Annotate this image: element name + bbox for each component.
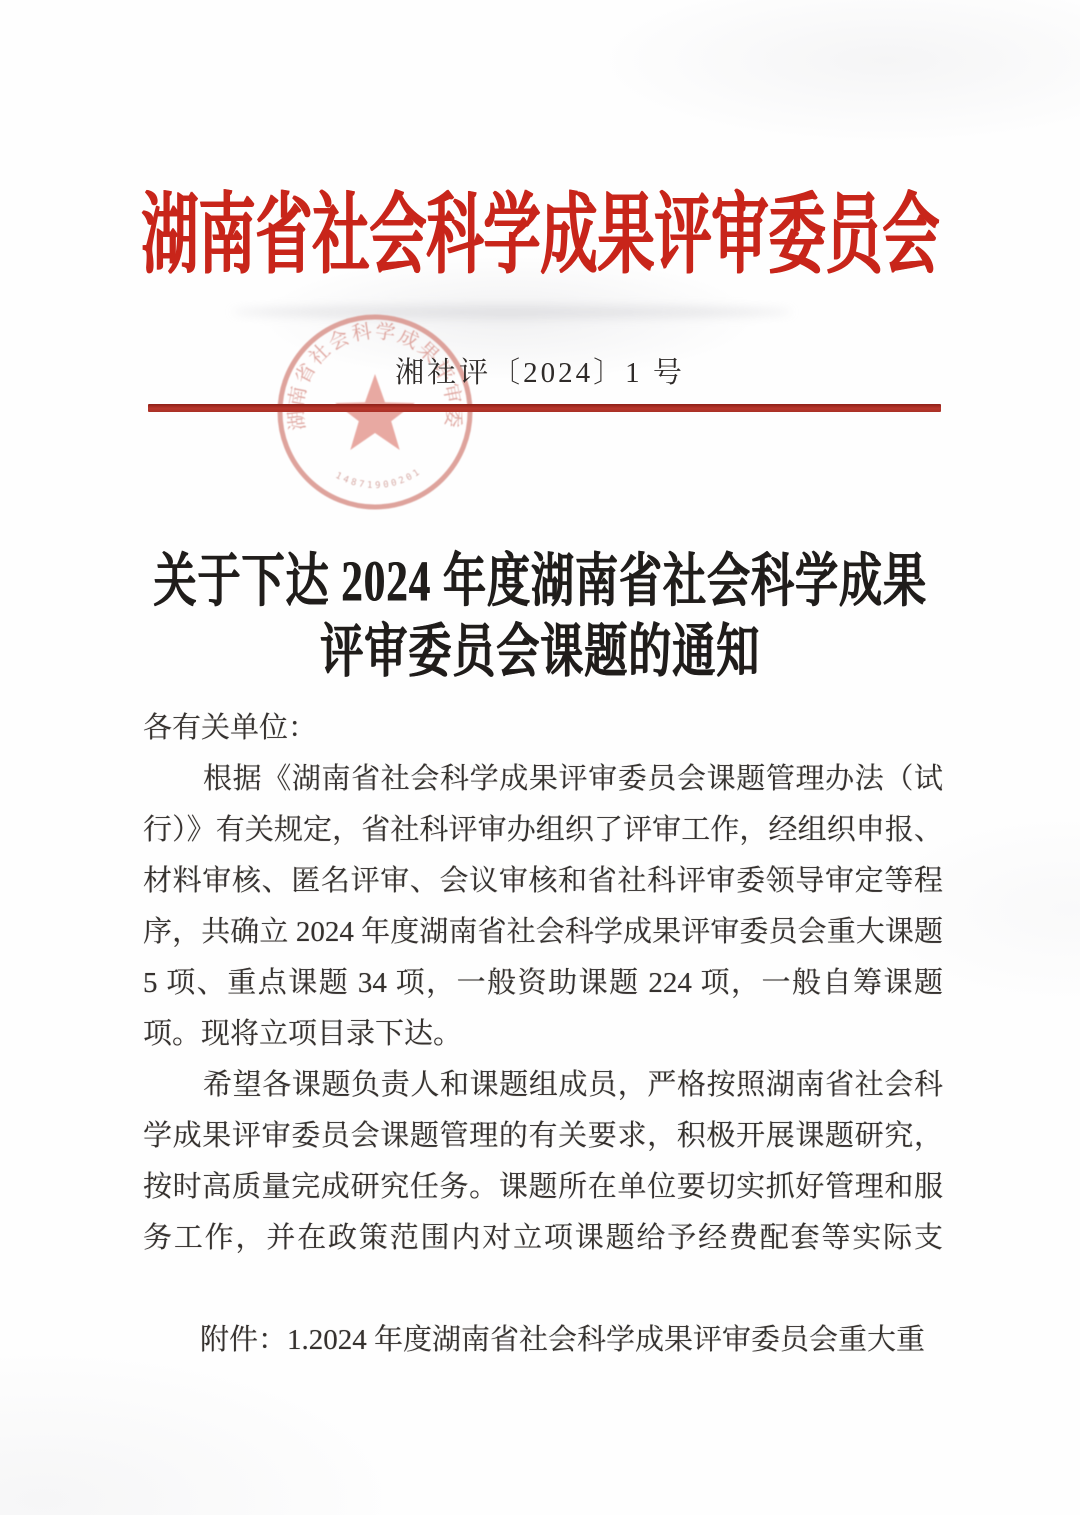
document-title-line2: 评审委员会课题的通知: [0, 618, 1080, 688]
doc-number: 湘社评〔2024〕1 号: [0, 352, 1080, 394]
seal-code-text: 1487190020151: [275, 310, 424, 491]
body-line: 务工作，并在政策范围内对立项课题给予经费配套等实际支持。: [143, 1213, 943, 1264]
body-line: 根据《湖南省社会科学成果评审委员会课题管理办法（试: [143, 754, 943, 805]
document-title-line1: 关于下达 2024 年度湖南省社会科学成果: [0, 548, 1080, 618]
seal-ring: [280, 317, 470, 507]
body-line: 行）》有关规定，省社科评审办组织了评审工作，经组织申报、: [143, 805, 943, 856]
official-seal: 湖南省社会科学成果评审委员会 1487190020151: [275, 310, 475, 520]
svg-text:1487190020151: 1487190020151: [275, 310, 424, 491]
body-line: 项。现将立项目录下达。: [143, 1009, 943, 1060]
attachment-line: 附件：1.2024 年度湖南省社会科学成果评审委员会重大重: [143, 1315, 943, 1366]
body-line: 序，共确立 2024 年度湖南省社会科学成果评审委员会重大课题: [143, 907, 943, 958]
letterhead-org-title: 湖南省社会科学成果评审委员会: [0, 192, 1080, 280]
body-line: 按时高质量完成研究任务。课题所在单位要切实抓好管理和服: [143, 1162, 943, 1213]
body-line: 希望各课题负责人和课题组成员，严格按照湖南省社会科: [143, 1060, 943, 1111]
scan-smudge: [232, 306, 792, 318]
body-line-salutation: 各有关单位：: [143, 703, 943, 754]
red-separator-line: [148, 404, 941, 412]
body-line: 5 项、重点课题 34 项，一般资助课题 224 项，一般自筹课题 608: [143, 958, 943, 1009]
document-title: 关于下达 2024 年度湖南省社会科学成果 评审委员会课题的通知: [0, 548, 1080, 688]
document-body: 各有关单位： 根据《湖南省社会科学成果评审委员会课题管理办法（试 行）》有关规定…: [143, 703, 943, 1366]
document-page: 湖南省社会科学成果评审委员会 湖南省社会科学成果评审委员会 1487190020…: [0, 0, 1080, 1515]
body-line: 学成果评审委员会课题管理的有关要求，积极开展课题研究，: [143, 1111, 943, 1162]
body-line: 材料审核、匿名评审、会议审核和省社科评审委领导审定等程: [143, 856, 943, 907]
